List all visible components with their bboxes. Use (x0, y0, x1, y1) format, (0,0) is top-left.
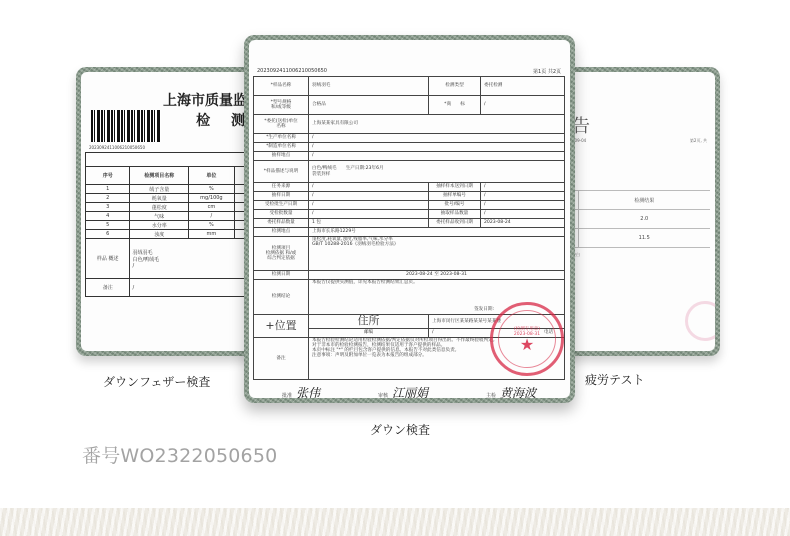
star-icon: ★ (520, 337, 534, 353)
report-paper: 2023092411006210050650 第1页 共2页 *样品名称 羽绒羽… (249, 40, 570, 398)
report-paper: 告 23-09-04 第2页, 共 单位检测结果%2.0%11.5 以下空白 (560, 72, 715, 351)
caption-fatigue-test: 疲労テスト (585, 371, 645, 388)
table-row: 2耗氧量mg/100g/ (86, 194, 262, 203)
results-table: 单位检测结果%2.0%11.5 (560, 190, 710, 248)
page-info: 第1页 共2页 (533, 68, 561, 76)
barcode-image (91, 110, 161, 142)
table-row: 6浊度mm/ (86, 230, 262, 239)
official-stamp-icon: (检测专用章) 2023-08-31 ★ (490, 302, 564, 376)
address-label: 住所 (309, 315, 429, 329)
table-row: %2.0 (560, 210, 710, 229)
table-row: 5水分率%/ (86, 221, 262, 230)
report-card-down-test[interactable]: 2023092411006210050650 第1页 共2页 *样品名称 羽绒羽… (244, 35, 575, 403)
caption-down-feather: ダウンフェザー検査 (103, 373, 210, 390)
signature: 主检黄海波 (486, 384, 536, 398)
signatures: 批准张伟审核江丽娟主检黄海波 (253, 384, 565, 398)
serial-number: 番号WO2322050650 (82, 441, 277, 468)
results-table: 检测结 序号检测项目名称单位技术要求 1绒子含量%/2耗氧量mg/100g/3蓬… (85, 152, 261, 297)
barcode-number: 2023092411006210050650 (89, 145, 145, 150)
report-card-fatigue-test[interactable]: 告 23-09-04 第2页, 共 单位检测结果%2.0%11.5 以下空白 (555, 67, 720, 356)
table-row: 4气味// (86, 212, 262, 221)
report-card-down-feather[interactable]: 上海市质量监督 检 测 2023092411006210050650 检测结 序… (76, 67, 266, 356)
report-paper: 上海市质量监督 检 测 2023092411006210050650 检测结 序… (81, 72, 261, 351)
caption-down-test: ダウン検査 (370, 421, 430, 438)
signature: 批准张伟 (282, 384, 320, 398)
table-row: 3蓬松度cm/ (86, 203, 262, 212)
table-row: %11.5 (560, 229, 710, 248)
report-number: 2023092411006210050650 (257, 68, 327, 76)
sample-label: 样品 概述 (86, 239, 130, 279)
table-row: 1绒子含量%/ (86, 185, 262, 194)
location-overlay-label: +位置 (254, 315, 309, 338)
signature: 审核江丽娟 (378, 384, 428, 398)
page-info: 第2页, 共 (690, 138, 707, 144)
sample-desc: 羽绒羽毛 白色/鸭绒毛 / (130, 239, 261, 279)
stamp-icon (685, 301, 715, 341)
bottom-texture-band (0, 508, 790, 536)
table-row: 单位检测结果 (560, 191, 710, 210)
